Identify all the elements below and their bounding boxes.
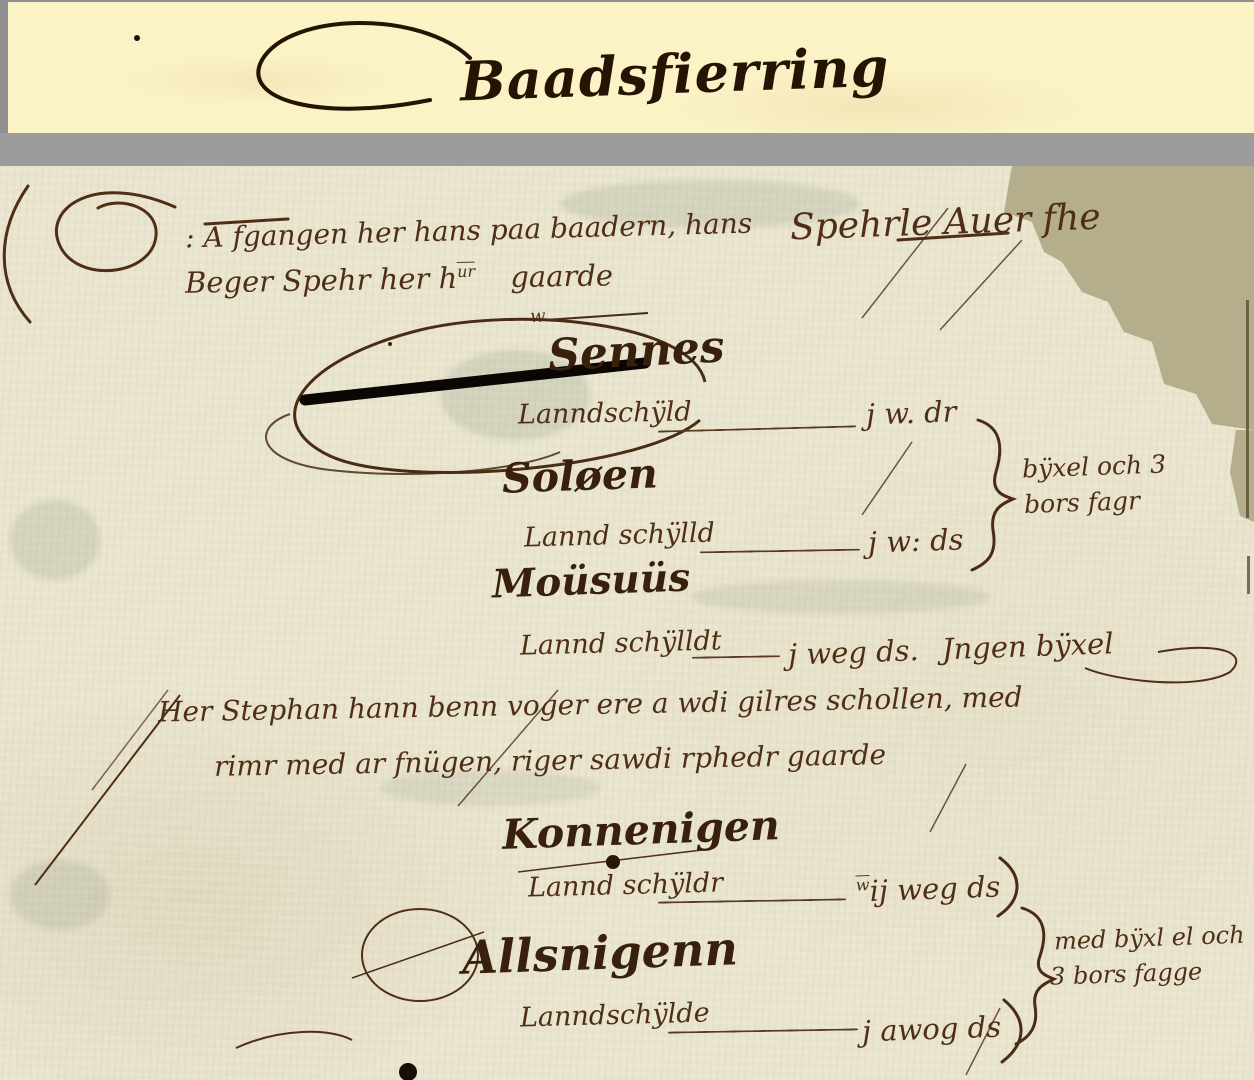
entry-konnenigen-heading: Konnenigen [501, 801, 780, 859]
entry-konnenigen-value: wij weg ds [855, 869, 1000, 908]
entry-sennes-superscript: w [530, 306, 546, 328]
page-title: Baadsfierring [459, 35, 890, 114]
entry-mousuus-note: Jngen bÿxel [941, 626, 1114, 666]
entry-sennes-label: Lanndschÿld [518, 396, 692, 430]
entry-allsnigenn-value: j awog ds [861, 1010, 1001, 1049]
superscript: w [855, 875, 869, 893]
entry-allsnigenn-heading: Allsnigenn [461, 921, 738, 985]
bleedthrough-ghost [10, 500, 100, 580]
margin-note-1-line-1: bÿxel och 3 [1022, 449, 1167, 483]
entry-allsnigenn-label: Lanndschÿlde [520, 998, 710, 1034]
bleedthrough-ghost [690, 580, 990, 614]
entry-soloen-label: Lannd schÿlld [524, 518, 716, 554]
scan-divider [0, 133, 1254, 166]
header-band: Baadsfierring [8, 2, 1254, 133]
entry-konnenigen-label: Lannd schÿldr [528, 867, 724, 903]
margin-note-2-line-2: 3 bors fagge [1050, 957, 1203, 990]
entry-mousuus-heading: Moüsuüs [491, 555, 691, 608]
entry-sennes-value: j w. dr [865, 394, 957, 431]
superscript: ur [457, 262, 475, 280]
manuscript-scan: Baadsfierring [0, 0, 1254, 1080]
bleedthrough-ghost [10, 860, 110, 930]
entry-soloen-heading: Soløen [501, 449, 658, 502]
entry-soloen-value: j w: ds [867, 522, 964, 559]
margin-note-1-line-2: bors fagr [1024, 486, 1141, 519]
entry-sennes-heading: Sennes [547, 321, 726, 381]
